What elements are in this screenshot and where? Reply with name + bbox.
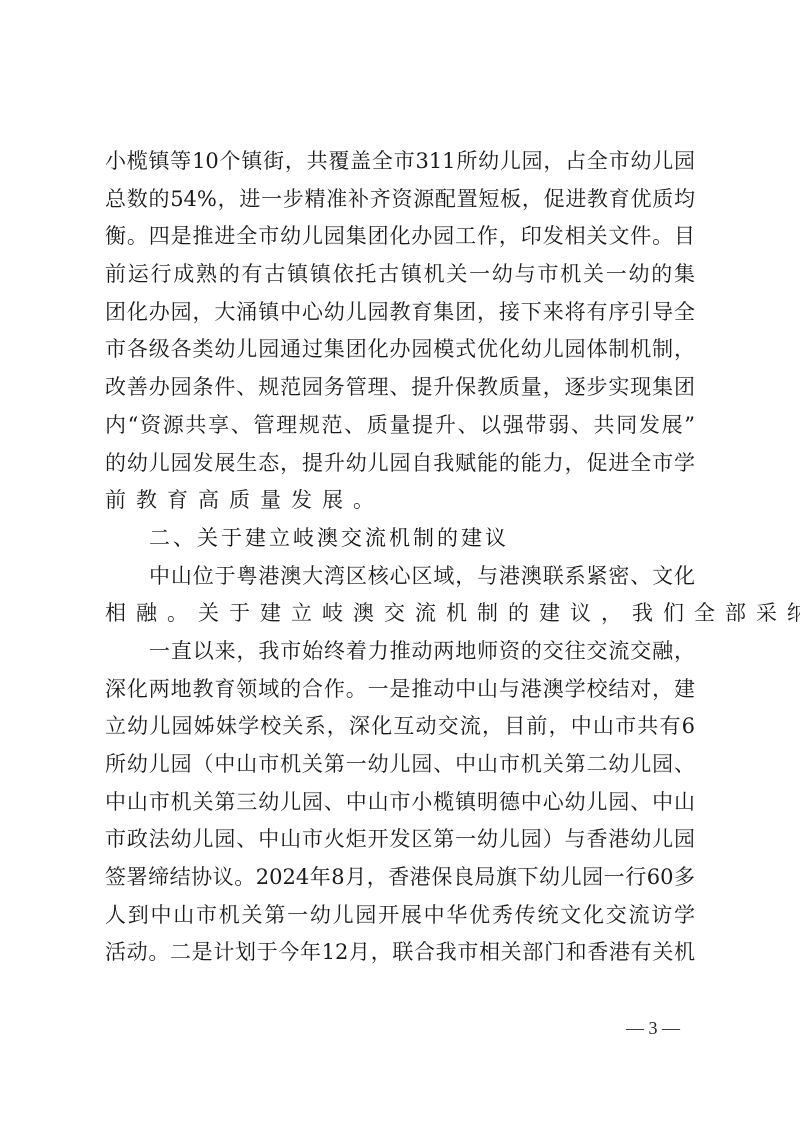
page-number: — 3 — (618, 1018, 688, 1039)
paragraph-line: 团化办园，大涌镇中心幼儿园教育集团，接下来将有序引导全 (105, 294, 695, 332)
paragraph-line: 中山市机关第三幼儿园、中山市小榄镇明德中心幼儿园、中山 (105, 784, 695, 822)
paragraph-line: 的幼儿园发展生态，提升幼儿园自我赋能的能力，促进全市学 (105, 445, 695, 483)
paragraph-line: 活动。二是计划于今年12月，联合我市相关部门和香港有关机 (105, 934, 695, 972)
paragraph-line: 小榄镇等10个镇街，共覆盖全市311所幼儿园，占全市幼儿园 (105, 143, 695, 181)
paragraph-line: 市各级各类幼儿园通过集团化办园模式优化幼儿园体制机制， (105, 331, 695, 369)
paragraph-line: 深化两地教育领域的合作。一是推动中山与港澳学校结对，建 (105, 671, 695, 709)
paragraph-line: 总数的54%，进一步精准补齐资源配置短板，促进教育优质均 (105, 181, 695, 219)
paragraph-line: 所幼儿园（中山市机关第一幼儿园、中山市机关第二幼儿园、 (105, 746, 695, 784)
paragraph-line: 人到中山市机关第一幼儿园开展中华优秀传统文化交流访学 (105, 897, 695, 935)
paragraph-line: 内“资源共享、管理规范、质量提升、以强带弱、共同发展” (105, 407, 695, 445)
paragraph-line: 前运行成熟的有古镇镇依托古镇机关一幼与市机关一幼的集 (105, 256, 695, 294)
paragraph-line: 衡。四是推进全市幼儿园集团化办园工作，印发相关文件。目 (105, 218, 695, 256)
paragraph-line: 相融。关于建立岐澳交流机制的建议，我们全部采纳。 (105, 595, 695, 633)
paragraph-line: 市政法幼儿园、中山市火炬开发区第一幼儿园）与香港幼儿园 (105, 821, 695, 859)
paragraph-line: 前教育高质量发展。 (105, 482, 695, 520)
paragraph-line: 签署缔结协议。2024年8月，香港保良局旗下幼儿园一行60多 (105, 859, 695, 897)
paragraph-line: 中山位于粤港澳大湾区核心区域，与港澳联系紧密、文化 (105, 558, 695, 596)
section-heading: 二、关于建立岐澳交流机制的建议 (105, 520, 695, 558)
document-page: 小榄镇等10个镇街，共覆盖全市311所幼儿园，占全市幼儿园 总数的54%，进一步… (0, 0, 800, 1131)
paragraph-line: 改善办园条件、规范园务管理、提升保教质量，逐步实现集团 (105, 369, 695, 407)
paragraph-line: 立幼儿园姊妹学校关系，深化互动交流，目前，中山市共有6 (105, 708, 695, 746)
body-text: 小榄镇等10个镇街，共覆盖全市311所幼儿园，占全市幼儿园 总数的54%，进一步… (105, 143, 695, 972)
paragraph-line: 一直以来，我市始终着力推动两地师资的交往交流交融， (105, 633, 695, 671)
